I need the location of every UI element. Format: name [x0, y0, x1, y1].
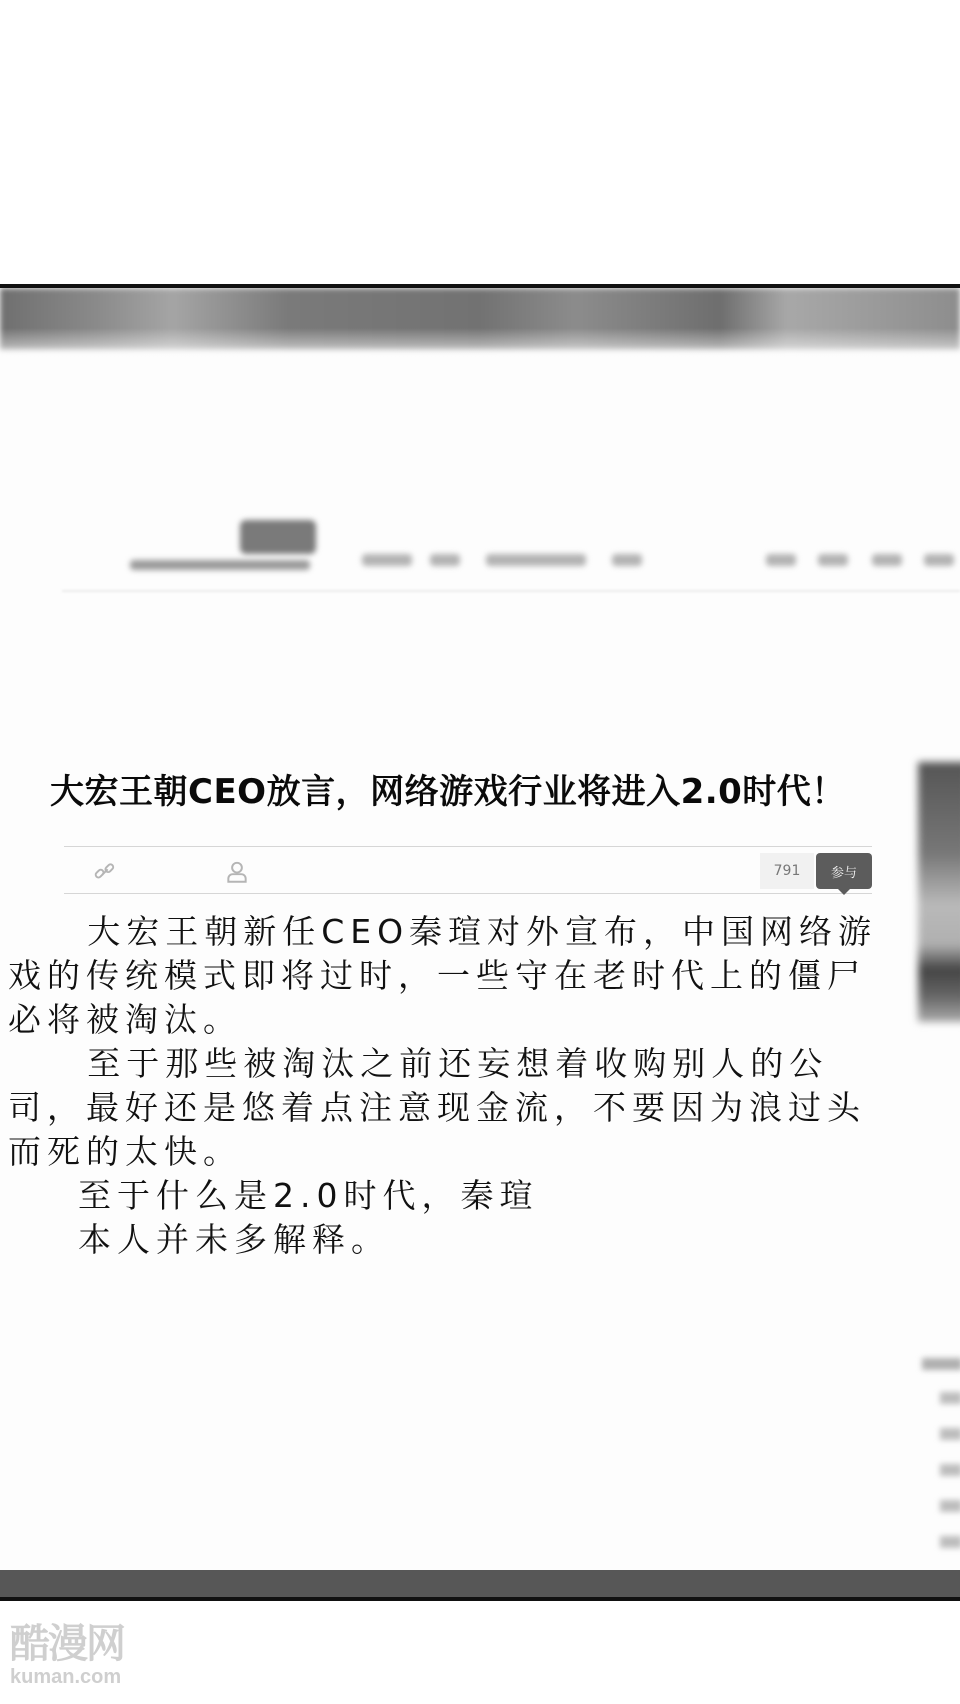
nav-action[interactable]: [766, 554, 796, 566]
site-header: [0, 508, 960, 578]
article-paragraph: 大宏王朝新任CEO秦瑄对外宣布，中国网络游戏的传统模式即将过时，一些守在老时代上…: [8, 910, 888, 1042]
nav-item[interactable]: [362, 554, 412, 566]
sidebar-list-item[interactable]: [940, 1536, 960, 1548]
site-logo[interactable]: [240, 520, 316, 554]
watermark-url: kuman.com: [10, 1666, 150, 1688]
nav-item[interactable]: [430, 554, 460, 566]
bottom-bar: [0, 1570, 960, 1599]
browser-bar-fade: [0, 328, 960, 368]
article-paragraph: 至于什么是2.0时代，秦瑄本人并未多解释。: [8, 1174, 568, 1262]
sidebar-list-item[interactable]: [940, 1392, 960, 1404]
link-icon[interactable]: [92, 859, 118, 885]
nav-item[interactable]: [486, 554, 586, 566]
article-paragraph: 至于那些被淘汰之前还妄想着收购别人的公司，最好还是悠着点注意现金流，不要因为浪过…: [8, 1042, 888, 1174]
header-divider: [62, 590, 960, 592]
site-logo-subtitle: [130, 560, 310, 570]
sidebar-list-item[interactable]: [940, 1500, 960, 1512]
article-body: 大宏王朝新任CEO秦瑄对外宣布，中国网络游戏的传统模式即将过时，一些守在老时代上…: [8, 910, 888, 1262]
sidebar-list-item[interactable]: [940, 1464, 960, 1476]
article-meta-row: 791 参与: [64, 846, 872, 894]
watermark-title: 酷漫网: [10, 1622, 150, 1666]
participant-count: 791: [760, 853, 814, 889]
user-icon[interactable]: [224, 859, 250, 885]
comic-panel: 大宏王朝CEO放言，网络游戏行业将进入2.0时代！ 791 参与 大宏王朝新任C…: [0, 284, 960, 1601]
sidebar-list-item[interactable]: [940, 1428, 960, 1440]
sidebar-heading: [922, 1358, 960, 1370]
site-watermark: 酷漫网 kuman.com: [10, 1622, 150, 1688]
nav-action[interactable]: [818, 554, 848, 566]
sidebar-image[interactable]: [918, 762, 960, 1022]
article-title: 大宏王朝CEO放言，网络游戏行业将进入2.0时代！: [50, 764, 890, 813]
join-button[interactable]: 参与: [816, 853, 872, 889]
nav-item[interactable]: [612, 554, 642, 566]
nav-action[interactable]: [924, 554, 954, 566]
nav-action[interactable]: [872, 554, 902, 566]
